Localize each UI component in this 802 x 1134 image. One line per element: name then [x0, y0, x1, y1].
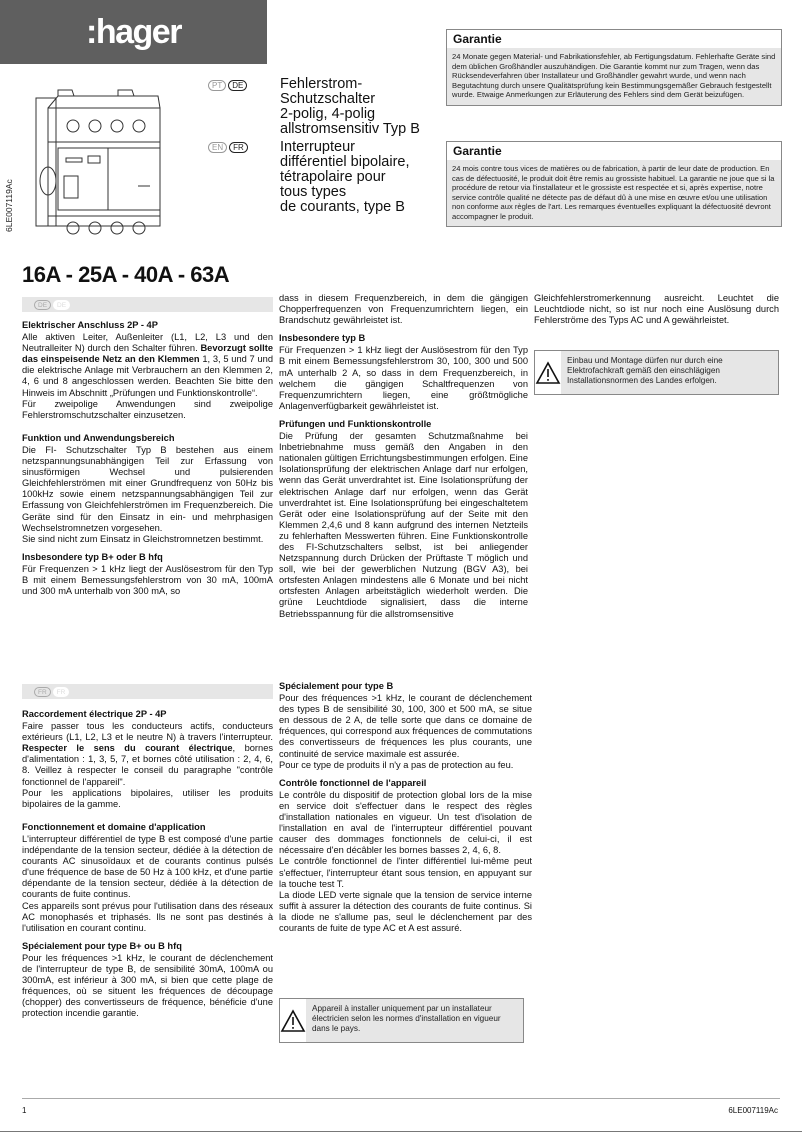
de-column-1: Elektrischer Anschluss 2P - 4P Alle akti… — [22, 320, 273, 597]
product-title-fr: Interrupteur différentiel bipolaire, tét… — [280, 140, 410, 215]
guarantee-box-fr: Garantie 24 mois contre tous vices de ma… — [446, 141, 782, 227]
section-heading: Spécialement pour type B+ ou B hfq — [22, 941, 273, 952]
product-title-de: Fehlerstrom- Schutzschalter 2-polig, 4-p… — [280, 77, 420, 137]
doc-reference-vertical: 6LE007119Ac — [4, 179, 14, 232]
paragraph: Pour les applications bipolaires, utilis… — [22, 788, 273, 810]
guarantee-text: 24 Monate gegen Material- und Fabrikatio… — [447, 48, 781, 105]
title-line: allstromsensitiv Typ B — [280, 122, 420, 137]
guarantee-title: Garantie — [447, 142, 781, 160]
paragraph: Alle aktiven Leiter, Außenleiter (L1, L2… — [22, 332, 273, 399]
paragraph: Ces appareils sont prévus pour l'utilisa… — [22, 901, 273, 934]
brand-logo: :hager — [86, 13, 181, 52]
paragraph: Gleichfehlerstromerkennung ausreicht. Le… — [534, 293, 779, 326]
title-line: différentiel bipolaire, — [280, 155, 410, 170]
lang-tag: DE — [53, 300, 70, 310]
warning-text: Einbau und Montage dürfen nur durch eine… — [561, 351, 778, 394]
title-line: Fehlerstrom- — [280, 77, 420, 92]
paragraph: Le contrôle fonctionnel de l'inter diffé… — [279, 856, 532, 889]
section-heading: Insbesondere typ B+ oder B hfq — [22, 552, 273, 563]
current-ratings-heading: 16A - 25A - 40A - 63A — [22, 262, 229, 288]
warning-icon — [535, 351, 561, 394]
paragraph: Für Frequenzen > 1 kHz liegt der Auslöse… — [279, 345, 528, 412]
product-illustration — [28, 86, 168, 246]
section-heading: Fonctionnement et domaine d'application — [22, 822, 273, 833]
guarantee-box-de: Garantie 24 Monate gegen Material- und F… — [446, 29, 782, 106]
section-heading: Raccordement électrique 2P - 4P — [22, 709, 273, 720]
language-band-fr: FR FR — [22, 684, 273, 699]
paragraph: Pour les fréquences >1 kHz, le courant d… — [22, 953, 273, 1020]
title-line: tous types — [280, 185, 410, 200]
language-band-de: DE DE — [22, 297, 273, 312]
page-number: 1 — [22, 1106, 26, 1115]
fr-column-2: Spécialement pour type B Pour des fréque… — [279, 681, 532, 934]
footer-doc-reference: 6LE007119Ac — [728, 1106, 778, 1115]
warning-icon — [280, 999, 306, 1042]
paragraph: dass in diesem Frequenzbereich, in dem d… — [279, 293, 528, 326]
paragraph: Die FI- Schutzschalter Typ B bestehen au… — [22, 445, 273, 534]
title-line: Interrupteur — [280, 140, 410, 155]
bold-text: Respecter le sens du courant électrique — [22, 743, 233, 753]
guarantee-title: Garantie — [447, 30, 781, 48]
paragraph: Für zweipolige Anwendungen sind zweipoli… — [22, 399, 273, 421]
title-line: tétrapolaire pour — [280, 170, 410, 185]
lang-tag: DE — [34, 300, 51, 310]
warning-text: Appareil à installer uniquement par un i… — [306, 999, 523, 1042]
paragraph: L'interrupteur différentiel de type B es… — [22, 834, 273, 901]
paragraph: Pour des fréquences >1 kHz, le courant d… — [279, 693, 532, 760]
guarantee-text: 24 mois contre tous vices de matières ou… — [447, 160, 781, 226]
lang-tag: FR — [34, 687, 51, 697]
section-heading: Elektrischer Anschluss 2P - 4P — [22, 320, 273, 331]
lang-tags-fr: EN FR — [208, 142, 248, 153]
warning-box-de: Einbau und Montage dürfen nur durch eine… — [534, 350, 779, 395]
lang-tag-pt: PT — [208, 80, 226, 91]
lang-tag: FR — [53, 687, 70, 697]
title-line: 2-polig, 4-polig — [280, 107, 420, 122]
section-heading: Contrôle fonctionnel de l'appareil — [279, 778, 532, 789]
warning-box-fr: Appareil à installer uniquement par un i… — [279, 998, 524, 1043]
footer-divider — [22, 1098, 780, 1099]
paragraph: Sie sind nicht zum Einsatz in Gleichstro… — [22, 534, 273, 545]
lang-tags-de: PT DE — [208, 80, 247, 91]
title-line: de courants, type B — [280, 200, 410, 215]
lang-tag-fr: FR — [229, 142, 248, 153]
paragraph: Die Prüfung der gesamten Schutzmaßnahme … — [279, 431, 528, 620]
paragraph: Faire passer tous les conducteurs actifs… — [22, 721, 273, 788]
text-run: Faire passer tous les conducteurs actifs… — [22, 721, 273, 742]
title-line: Schutzschalter — [280, 92, 420, 107]
brand-logo-bar: :hager — [0, 0, 267, 64]
section-heading: Prüfungen und Funktionskontrolle — [279, 419, 528, 430]
section-heading: Funktion und Anwendungsbereich — [22, 433, 273, 444]
lang-tag-de: DE — [228, 80, 247, 91]
fr-column-1: Raccordement électrique 2P - 4P Faire pa… — [22, 709, 273, 1019]
paragraph: La diode LED verte signale que la tensio… — [279, 890, 532, 934]
de-column-2: dass in diesem Frequenzbereich, in dem d… — [279, 293, 528, 620]
lang-tag-en: EN — [208, 142, 227, 153]
de-column-3: Gleichfehlerstromerkennung ausreicht. Le… — [534, 293, 779, 326]
paragraph: Für Frequenzen > 1 kHz liegt der Auslöse… — [22, 564, 273, 597]
paragraph: Le contrôle du dispositif de protection … — [279, 790, 532, 857]
paragraph: Pour ce type de produits il n'y a pas de… — [279, 760, 532, 771]
section-heading: Insbesondere typ B — [279, 333, 528, 344]
section-heading: Spécialement pour type B — [279, 681, 532, 692]
page-bottom-edge — [0, 1131, 802, 1132]
